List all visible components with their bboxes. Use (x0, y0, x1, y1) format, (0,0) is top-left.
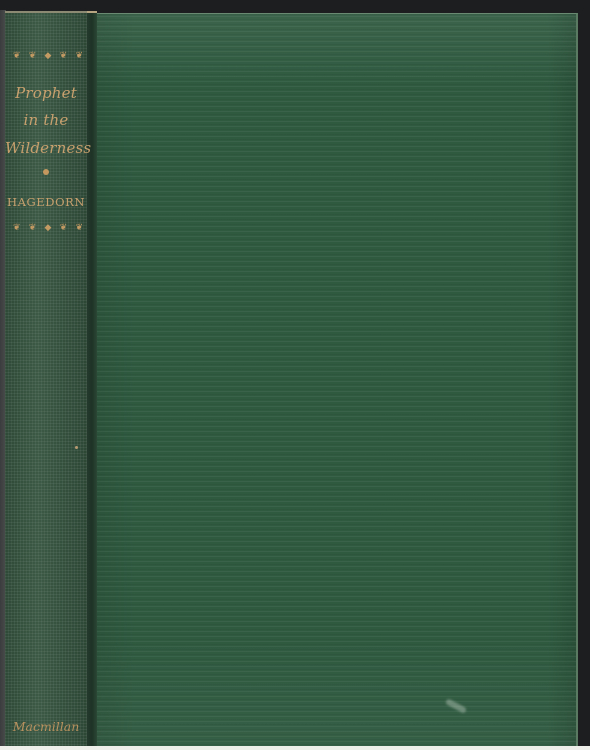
bottom-border (0, 746, 590, 750)
spine-title-line-1: Prophet (5, 84, 87, 102)
leaf-ornament-icon: ❦ (13, 51, 21, 61)
dot-ornament-icon (43, 169, 49, 175)
spine-publisher: Macmillan (5, 719, 87, 734)
leaf-ornament-icon: ❦ (75, 51, 83, 61)
leaf-ornament-icon: ❦ (60, 223, 68, 233)
leaf-ornament-icon: ❦ (60, 51, 68, 61)
bottom-ornament: ❦ ❦ ◆ ❦ ❦ (13, 223, 83, 233)
leaf-ornament-icon: ❦ (29, 51, 37, 61)
cloth-speck (75, 446, 78, 449)
spine-title-line-2: in the (5, 111, 87, 129)
leaf-ornament-icon: ❦ (29, 223, 37, 233)
spine-author: HAGEDORN (5, 195, 87, 209)
leaf-ornament-icon: ❦ (75, 223, 83, 233)
top-ornament: ❦ ❦ ◆ ❦ ❦ (13, 51, 83, 61)
book: ❦ ❦ ◆ ❦ ❦ Prophet in the Wilderness HAGE… (5, 11, 578, 746)
diamond-ornament-icon: ◆ (45, 51, 52, 61)
diamond-ornament-icon: ◆ (45, 223, 52, 233)
leaf-ornament-icon: ❦ (13, 223, 21, 233)
spine-title-line-3: Wilderness (5, 139, 87, 157)
spine-hinge (87, 11, 97, 748)
spine-lettering: ❦ ❦ ◆ ❦ ❦ Prophet in the Wilderness HAGE… (5, 11, 87, 746)
front-cover (97, 13, 578, 747)
